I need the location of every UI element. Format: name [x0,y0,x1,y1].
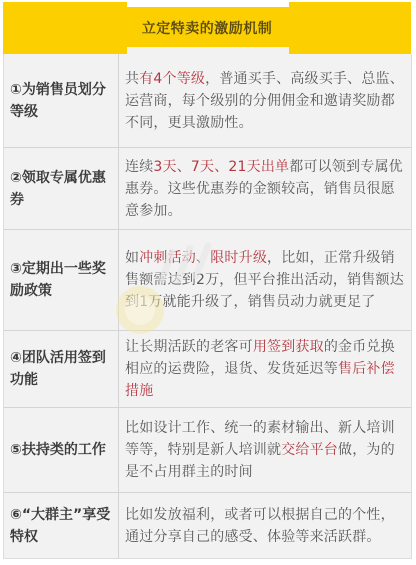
description-text: 比如设计工作、统一的素材输出、新人培训等等，特别是新人培训就交给平台做，为的是不… [125,417,405,483]
text-segment: 连续 [125,159,153,175]
table-row: ①为销售员划分等级 共有4个等级，普通买手、高级买手、总监、运营商，每个级别的分… [4,54,411,147]
page-title: 立定特卖的激励机制 [3,2,411,54]
text-segment: 比如发放福利，或者可以根据自己的个性，通过分享自己的感受、体验等来活跃群。 [125,507,395,545]
table-row: ③定期出一些奖励政策 如冲刺活动、限时升级，比如，正常升级销售额需达到2万，但平… [4,229,411,330]
row-description: 比如设计工作、统一的素材输出、新人培训等等，特别是新人培训就交给平台做，为的是不… [119,408,411,492]
highlighted-text: 限时升级 [210,250,267,266]
table-row: ⑤扶持类的工作 比如设计工作、统一的素材输出、新人培训等等，特别是新人培训就交给… [4,407,411,492]
text-segment: 让长期活跃的老客可 [125,339,253,355]
description-text: 比如发放福利，或者可以根据自己的个性，通过分享自己的感受、体验等来活跃群。 [125,504,405,548]
table-row: ②领取专属优惠券 连续3天、7天、21天出单都可以领到专属优惠券。这些优惠券的金… [4,147,411,229]
description-text: 如冲刺活动、限时升级，比如，正常升级销售额需达到2万，但平台推出活动，销售额达到… [125,247,405,313]
table-row: ⑥“大群主”享受特权 比如发放福利，或者可以根据自己的个性，通过分享自己的感受、… [4,492,411,558]
description-text: 共有4个等级，普通买手、高级买手、总监、运营商，每个级别的分佣佣金和邀请奖励都不… [125,68,405,134]
highlighted-text: 冲刺活动 [139,250,196,266]
row-description: 让长期活跃的老客可用签到获取的金币兑换相应的运费险，退货、发货延迟等售后补偿措施 [119,331,411,407]
table-row: ④团队活用签到功能 让长期活跃的老客可用签到获取的金币兑换相应的运费险，退货、发… [4,330,411,407]
row-description: 连续3天、7天、21天出单都可以领到专属优惠券。这些优惠券的金额较高，销售员很愿… [119,148,411,229]
highlighted-text: 3天、7天、21天出单 [153,159,289,175]
row-label: ①为销售员划分等级 [4,54,119,147]
highlighted-text: 有4个等级 [139,71,205,87]
text-segment: 共 [125,71,139,87]
description-text: 连续3天、7天、21天出单都可以领到专属优惠券。这些优惠券的金额较高，销售员很愿… [125,156,405,222]
text-segment: 、 [196,250,210,266]
highlighted-text: 交给平台 [281,442,338,458]
incentive-table: ①为销售员划分等级 共有4个等级，普通买手、高级买手、总监、运营商，每个级别的分… [3,54,412,559]
row-label: ④团队活用签到功能 [4,331,119,407]
row-label: ③定期出一些奖励政策 [4,230,119,330]
row-description: 共有4个等级，普通买手、高级买手、总监、运营商，每个级别的分佣佣金和邀请奖励都不… [119,54,411,147]
row-description: 如冲刺活动、限时升级，比如，正常升级销售额需达到2万，但平台推出活动，销售额达到… [119,230,411,330]
row-label: ⑥“大群主”享受特权 [4,493,119,558]
row-description: 比如发放福利，或者可以根据自己的个性，通过分享自己的感受、体验等来活跃群。 [119,493,411,558]
row-label: ⑤扶持类的工作 [4,408,119,492]
description-text: 让长期活跃的老客可用签到获取的金币兑换相应的运费险，退货、发货延迟等售后补偿措施 [125,336,405,402]
text-segment: 如 [125,250,139,266]
row-label: ②领取专属优惠券 [4,148,119,229]
highlighted-text: 用签到获取 [253,339,324,355]
